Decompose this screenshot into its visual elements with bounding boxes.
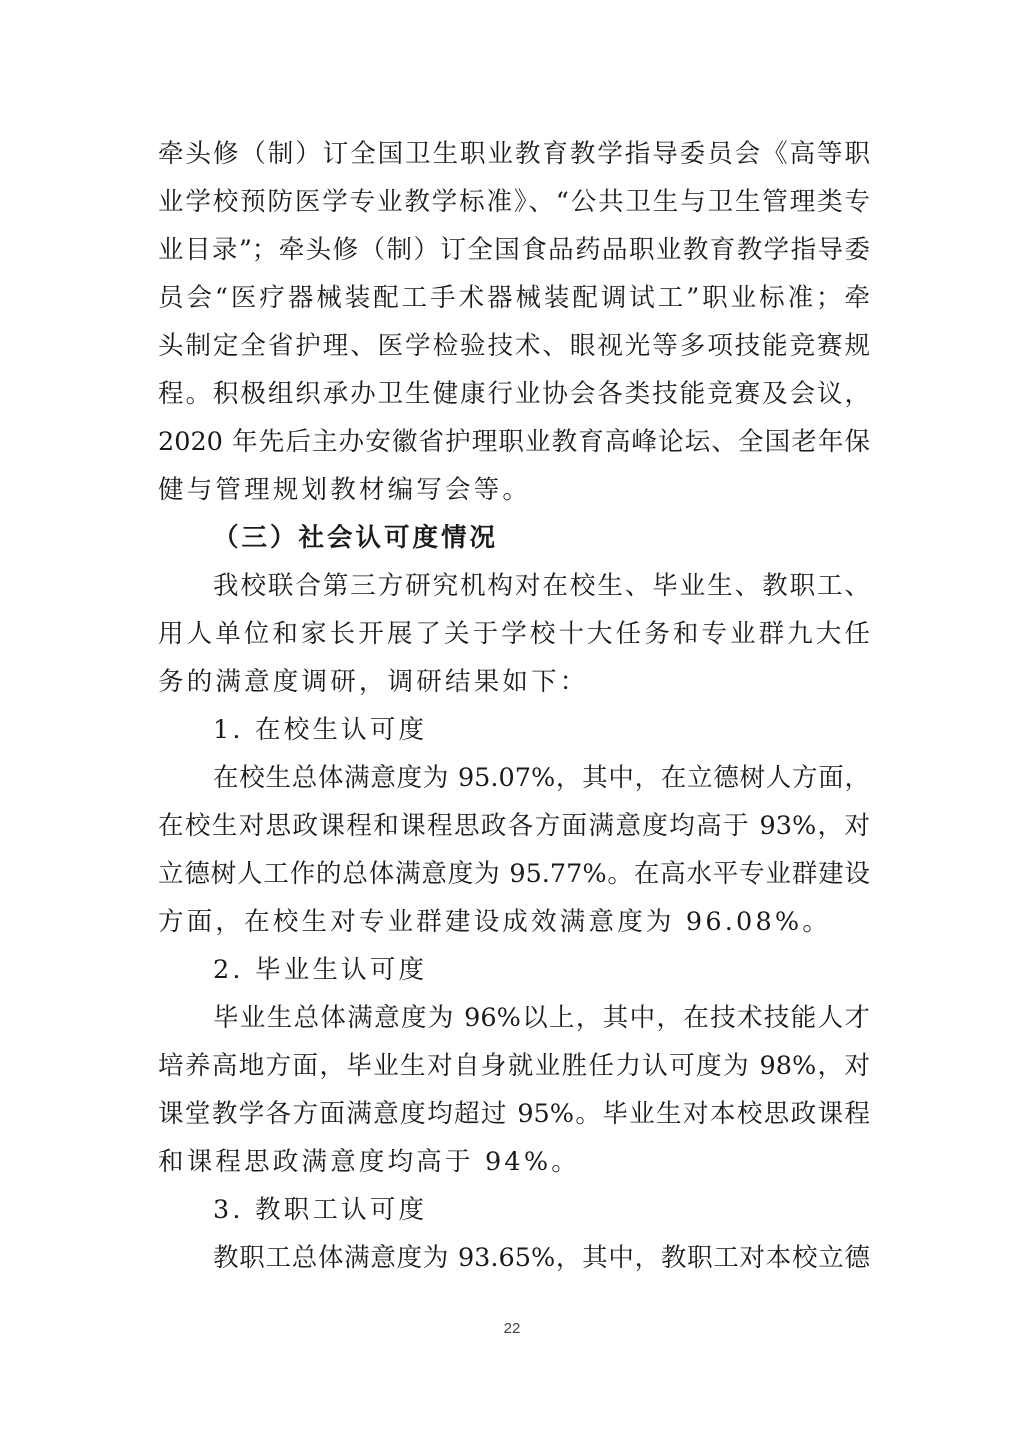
text-line: 程。积极组织承办卫生健康行业协会各类技能竞赛及会议， <box>158 370 870 418</box>
text-line: 健与管理规划教材编写会等。 <box>158 466 531 514</box>
text-line: 业学校预防医学专业教学标准》、“公共卫生与卫生管理类专 <box>158 178 870 226</box>
text-line: 用人单位和家长开展了关于学校十大任务和专业群九大任 <box>158 610 870 658</box>
text-line: 业目录”；牵头修（制）订全国食品药品职业教育教学指导委 <box>158 226 870 274</box>
text-line: 培养高地方面，毕业生对自身就业胜任力认可度为 98%，对 <box>158 1042 870 1090</box>
subsection-title: 3. 教职工认可度 <box>213 1186 427 1234</box>
page-number: 22 <box>0 1320 1024 1337</box>
text-line: 和课程思政满意度均高于 94%。 <box>158 1138 580 1186</box>
text-line: 教职工总体满意度为 93.65%，其中，教职工对本校立德 <box>213 1234 870 1282</box>
subsection-title: 2. 毕业生认可度 <box>213 946 427 994</box>
text-line: 员会“医疗器械装配工手术器械装配调试工”职业标准；牵 <box>158 274 870 322</box>
text-line: 头制定全省护理、医学检验技术、眼视光等多项技能竞赛规 <box>158 322 870 370</box>
subsection-title: 1. 在校生认可度 <box>213 706 427 754</box>
text-line: 牵头修（制）订全国卫生职业教育教学指导委员会《高等职 <box>158 130 870 178</box>
text-line: 毕业生总体满意度为 96%以上，其中，在技术技能人才 <box>213 994 870 1042</box>
section-heading: （三）社会认可度情况 <box>213 514 498 562</box>
text-line: 务的满意度调研，调研结果如下： <box>158 658 589 706</box>
text-line: 方面，在校生对专业群建设成效满意度为 96.08%。 <box>158 898 831 946</box>
text-line: 在校生对思政课程和课程思政各方面满意度均高于 93%，对 <box>158 802 870 850</box>
text-line: 2020 年先后主办安徽省护理职业教育高峰论坛、全国老年保 <box>158 418 870 466</box>
text-line: 在校生总体满意度为 95.07%，其中，在立德树人方面， <box>213 754 870 802</box>
text-line: 立德树人工作的总体满意度为 95.77%。在高水平专业群建设 <box>158 850 870 898</box>
text-line: 我校联合第三方研究机构对在校生、毕业生、教职工、 <box>213 562 870 610</box>
text-line: 课堂教学各方面满意度均超过 95%。毕业生对本校思政课程 <box>158 1090 870 1138</box>
